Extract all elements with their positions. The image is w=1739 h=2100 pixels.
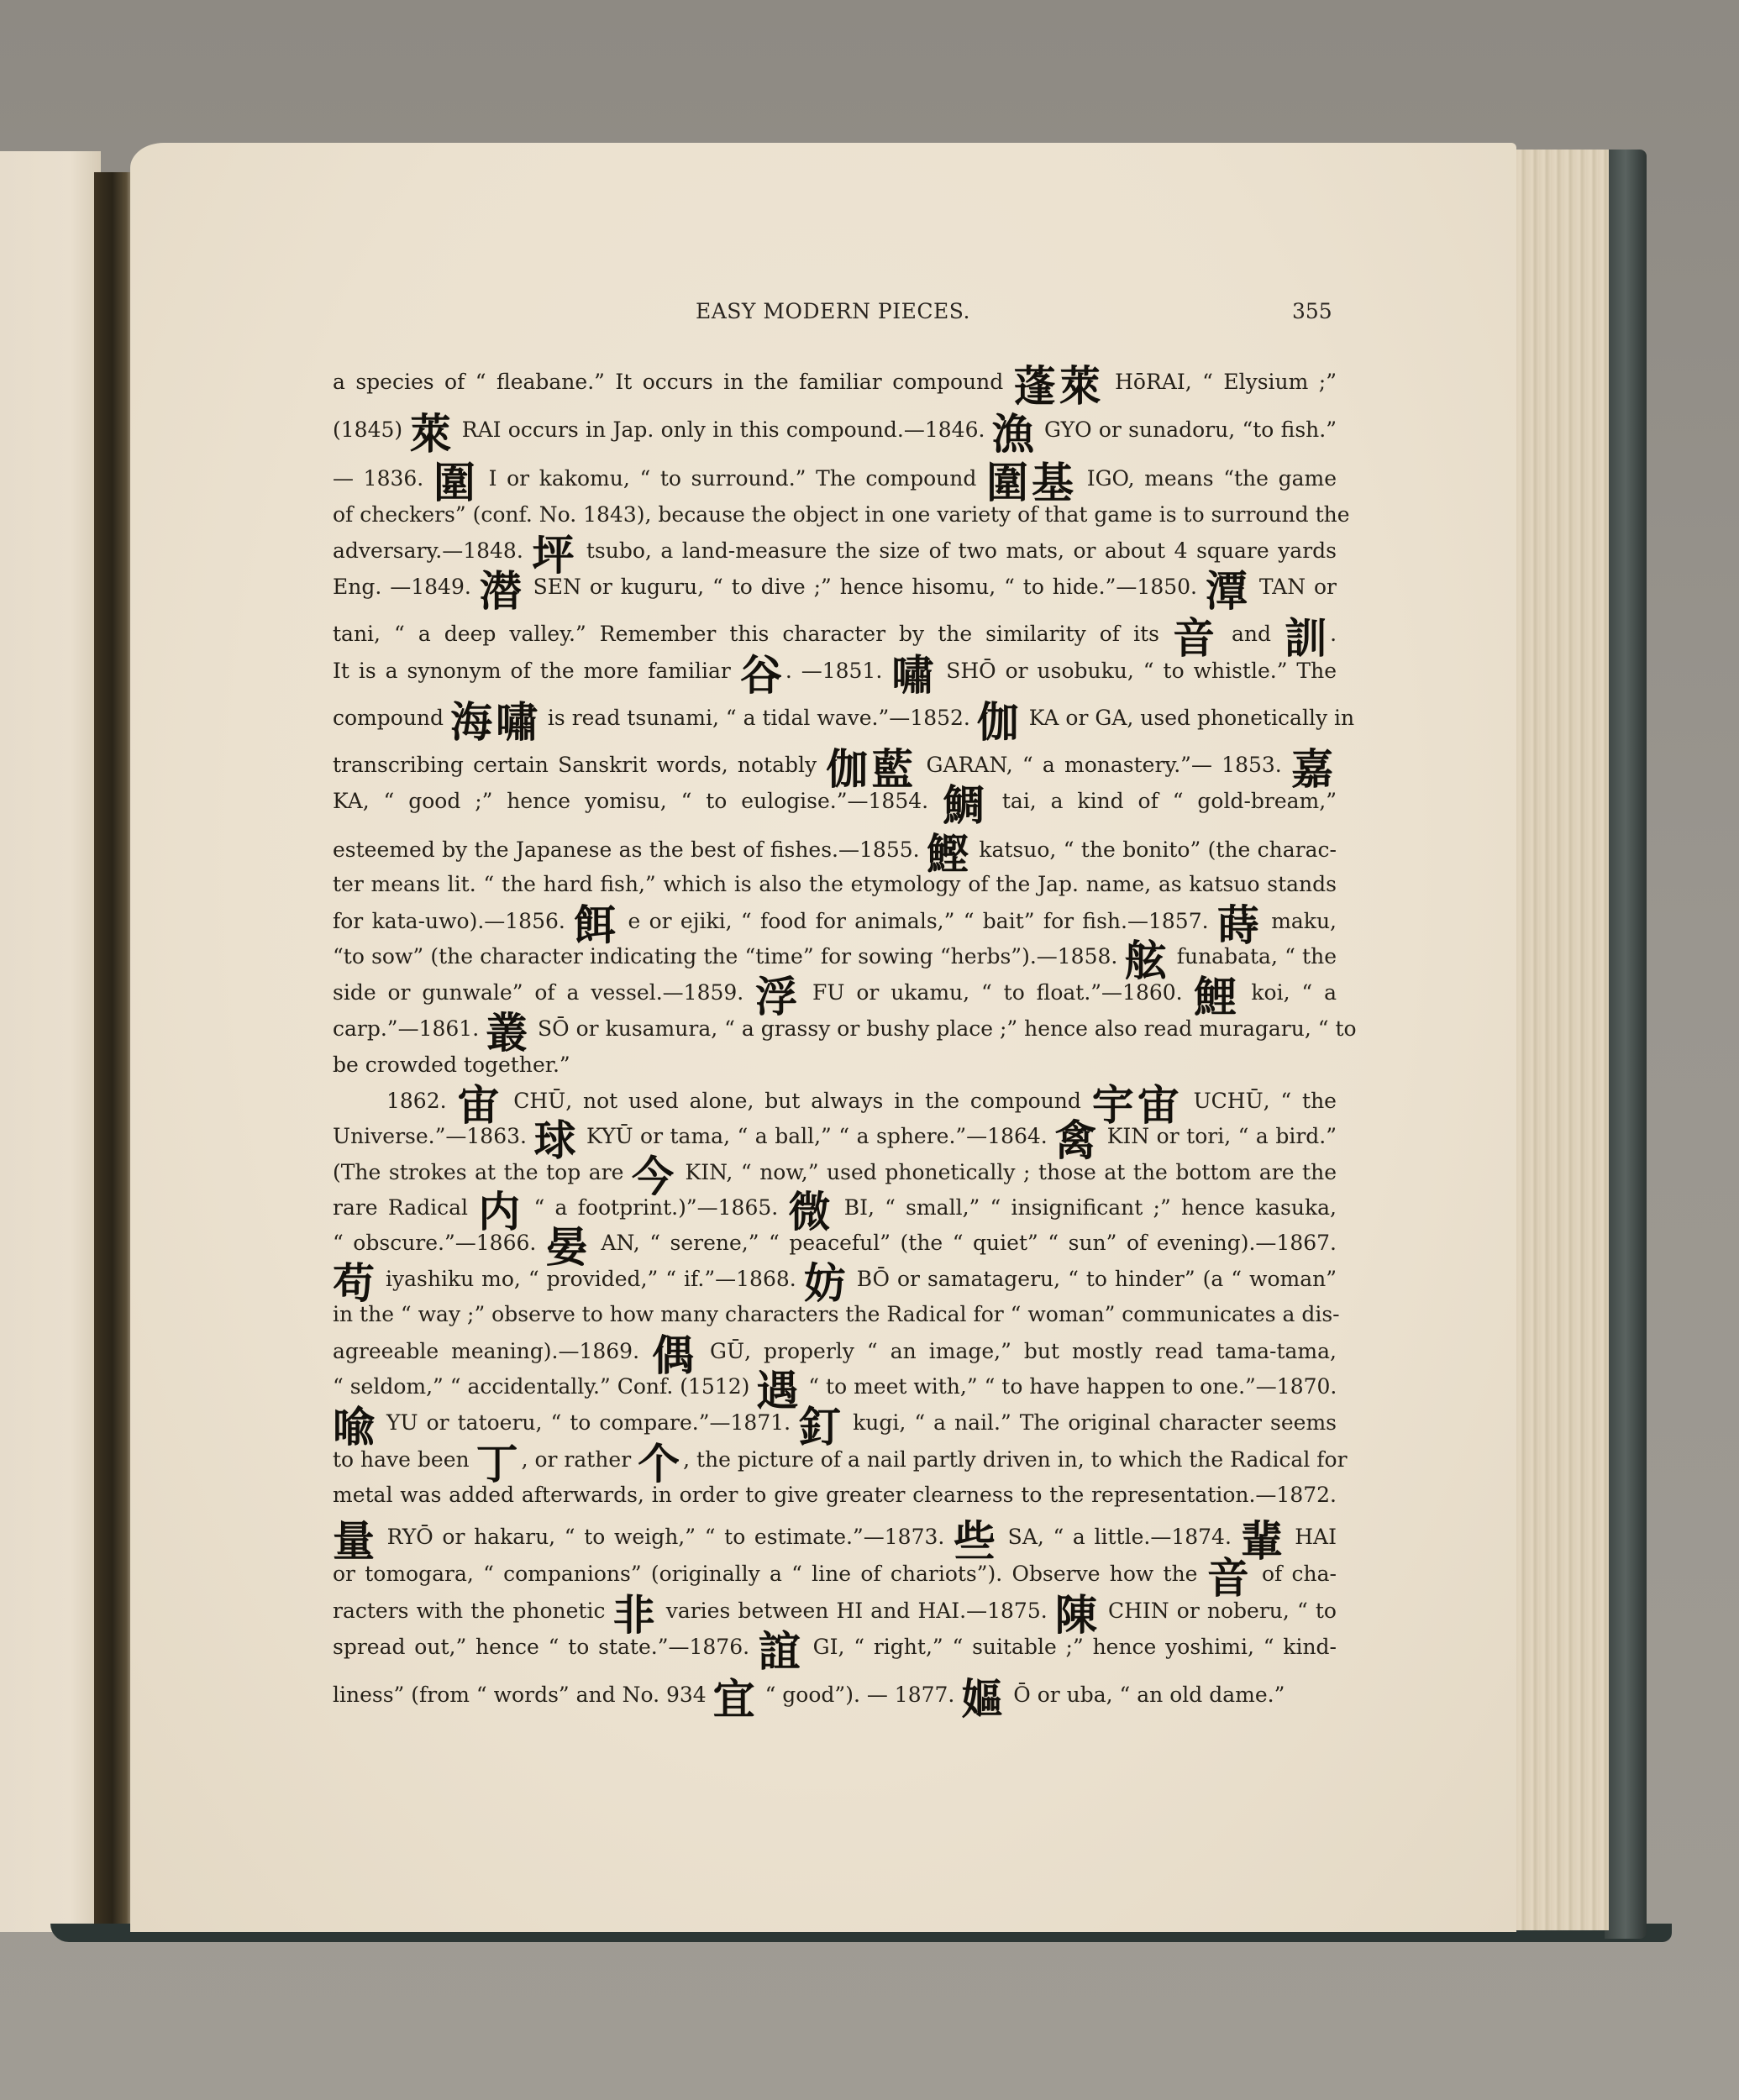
text-line: or tomogara, “ companions” (originally a… bbox=[333, 1562, 1337, 1591]
kanji-glyph: 音 bbox=[1207, 1566, 1253, 1591]
text-line: “ seldom,” “ accidentally.” Conf. (1512)… bbox=[333, 1374, 1337, 1404]
book-cover-right-edge bbox=[1605, 150, 1647, 1939]
kanji-glyph: 陳 bbox=[1055, 1603, 1101, 1628]
text-line: transcribing certain Sanskrit words, not… bbox=[333, 753, 1337, 782]
text-line: agreeable meaning).—1869. 偶 GŪ, properly… bbox=[333, 1339, 1337, 1368]
kanji-glyph: 舷 bbox=[1125, 948, 1170, 974]
text-line: liness” (from “ words” and No. 934 宜 “ g… bbox=[333, 1683, 1337, 1712]
kanji-glyph: 蒔 bbox=[1217, 913, 1263, 938]
kanji-glyph: 坪 bbox=[532, 543, 577, 568]
kanji-glyph: 非 bbox=[613, 1603, 659, 1628]
text-line: Universe.”—1863. 球 KYŪ or tama, “ a ball… bbox=[333, 1124, 1337, 1153]
text-line: Eng. —1849. 潜 SEN or kuguru, “ to dive ;… bbox=[333, 575, 1337, 604]
kanji-glyph: 誼 bbox=[759, 1639, 804, 1664]
kanji-glyph: 伽 bbox=[977, 710, 1022, 735]
kanji-glyph: 浮 bbox=[755, 984, 801, 1010]
text-line: “to sow” (the character indicating the “… bbox=[333, 944, 1337, 974]
text-line: be crowded together.” bbox=[333, 1053, 1337, 1078]
text-line: tani, “ a deep valley.” Remember this ch… bbox=[333, 622, 1337, 651]
kanji-glyph: 微 bbox=[788, 1200, 833, 1225]
kanji-glyph: 嘯 bbox=[891, 663, 937, 688]
kanji-glyph: 伽藍 bbox=[826, 757, 917, 782]
kanji-glyph: 鯉 bbox=[1195, 984, 1240, 1010]
kanji-glyph: 遇 bbox=[756, 1378, 801, 1404]
text-line: spread out,” hence “ to state.”—1876. 誼 … bbox=[333, 1635, 1337, 1664]
kanji-glyph: 妨 bbox=[804, 1271, 849, 1296]
text-line: KA, “ good ;” hence yomisu, “ to eulogis… bbox=[333, 789, 1337, 818]
kanji-glyph: 宇宙 bbox=[1092, 1093, 1183, 1118]
kanji-glyph: 个 bbox=[638, 1452, 683, 1477]
left-page-edge bbox=[0, 151, 101, 1932]
text-line: (1845) 萊 RAI occurs in Jap. only in this… bbox=[333, 417, 1337, 447]
text-line: rare Radical 内 “ a footprint.)”—1865. 微 … bbox=[333, 1195, 1337, 1225]
kanji-glyph: 宙 bbox=[457, 1093, 502, 1118]
kanji-glyph: 圍基 bbox=[986, 470, 1077, 496]
kanji-glyph: 今 bbox=[632, 1164, 677, 1189]
kanji-glyph: 丁 bbox=[476, 1452, 522, 1477]
kanji-glyph: 鰹 bbox=[927, 842, 972, 867]
kanji-glyph: 叢 bbox=[486, 1021, 531, 1046]
text-line: (The strokes at the top are 今 KIN, “ now… bbox=[333, 1160, 1337, 1189]
kanji-glyph: 球 bbox=[533, 1128, 579, 1153]
text-line: 1862. 宙 CHŪ, not used alone, but always … bbox=[386, 1089, 1337, 1118]
text-line: It is a synonym of the more familiar 谷. … bbox=[333, 659, 1337, 688]
kanji-glyph: 輩 bbox=[1241, 1529, 1286, 1554]
kanji-glyph: 訓 bbox=[1285, 626, 1330, 651]
kanji-glyph: 嫗 bbox=[961, 1687, 1006, 1712]
text-line: 喩 YU or tatoeru, “ to compare.”—1871. 釘 … bbox=[333, 1410, 1337, 1440]
text-line: esteemed by the Japanese as the best of … bbox=[333, 837, 1337, 867]
book-gutter bbox=[94, 172, 134, 1936]
kanji-glyph: 蓬萊 bbox=[1014, 374, 1105, 399]
text-line: a species of “ fleabane.” It occurs in t… bbox=[333, 370, 1337, 399]
kanji-glyph: 漁 bbox=[992, 422, 1038, 447]
kanji-glyph: 海嘯 bbox=[450, 710, 541, 735]
kanji-glyph: 音 bbox=[1173, 626, 1218, 651]
kanji-glyph: 鯛 bbox=[943, 793, 988, 818]
kanji-glyph: 偶 bbox=[652, 1343, 697, 1368]
text-line: racters with the phonetic 非 varies betwe… bbox=[333, 1599, 1337, 1628]
kanji-glyph: 嘉 bbox=[1291, 757, 1337, 782]
text-line: in the “ way ;” observe to how many char… bbox=[333, 1302, 1337, 1327]
kanji-glyph: 量 bbox=[333, 1529, 378, 1554]
kanji-glyph: 潭 bbox=[1206, 579, 1251, 604]
text-line: carp.”—1861. 叢 SŌ or kusamura, “ a grass… bbox=[333, 1016, 1337, 1046]
kanji-glyph: 谷 bbox=[740, 663, 785, 688]
kanji-glyph: 禽 bbox=[1054, 1128, 1100, 1153]
kanji-glyph: 潜 bbox=[480, 579, 525, 604]
text-line: side or gunwale” of a vessel.—1859. 浮 FU… bbox=[333, 980, 1337, 1010]
text-line: adversary.—1848. 坪 tsubo, a land-measure… bbox=[333, 538, 1337, 568]
running-head: EASY MODERN PIECES. bbox=[696, 299, 970, 323]
kanji-glyph: 喩 bbox=[333, 1415, 378, 1440]
text-line: compound 海嘯 is read tsunami, “ a tidal w… bbox=[333, 706, 1337, 735]
kanji-glyph: 内 bbox=[478, 1200, 523, 1225]
text-line: — 1836. 圍 I or kakomu, “ to surround.” T… bbox=[333, 466, 1337, 496]
kanji-glyph: 餌 bbox=[574, 913, 619, 938]
kanji-glyph: 圍 bbox=[433, 470, 479, 496]
text-line: 苟 iyashiku mo, “ provided,” “ if.”—1868.… bbox=[333, 1267, 1337, 1296]
page-fore-edge bbox=[1504, 150, 1609, 1930]
text-line: “ obscure.”—1866. 晏 AN, “ serene,” “ pea… bbox=[333, 1231, 1337, 1260]
kanji-glyph: 釘 bbox=[799, 1415, 844, 1440]
text-line: for kata-uwo).—1856. 餌 e or ejiki, “ foo… bbox=[333, 909, 1337, 938]
page-number: 355 bbox=[1292, 299, 1332, 323]
kanji-glyph: 晏 bbox=[546, 1235, 591, 1260]
text-line: 量 RYŌ or hakaru, “ to weigh,” “ to estim… bbox=[333, 1525, 1337, 1554]
text-line: of checkers” (conf. No. 1843), because t… bbox=[333, 502, 1337, 528]
text-line: to have been 丁, or rather 个, the picture… bbox=[333, 1447, 1337, 1477]
kanji-glyph: 萊 bbox=[409, 422, 454, 447]
kanji-glyph: 苟 bbox=[333, 1271, 378, 1296]
text-line: metal was added afterwards, in order to … bbox=[333, 1483, 1337, 1508]
kanji-glyph: 宜 bbox=[713, 1687, 759, 1712]
text-line: ter means lit. “ the hard fish,” which i… bbox=[333, 872, 1337, 897]
kanji-glyph: 些 bbox=[954, 1529, 999, 1554]
